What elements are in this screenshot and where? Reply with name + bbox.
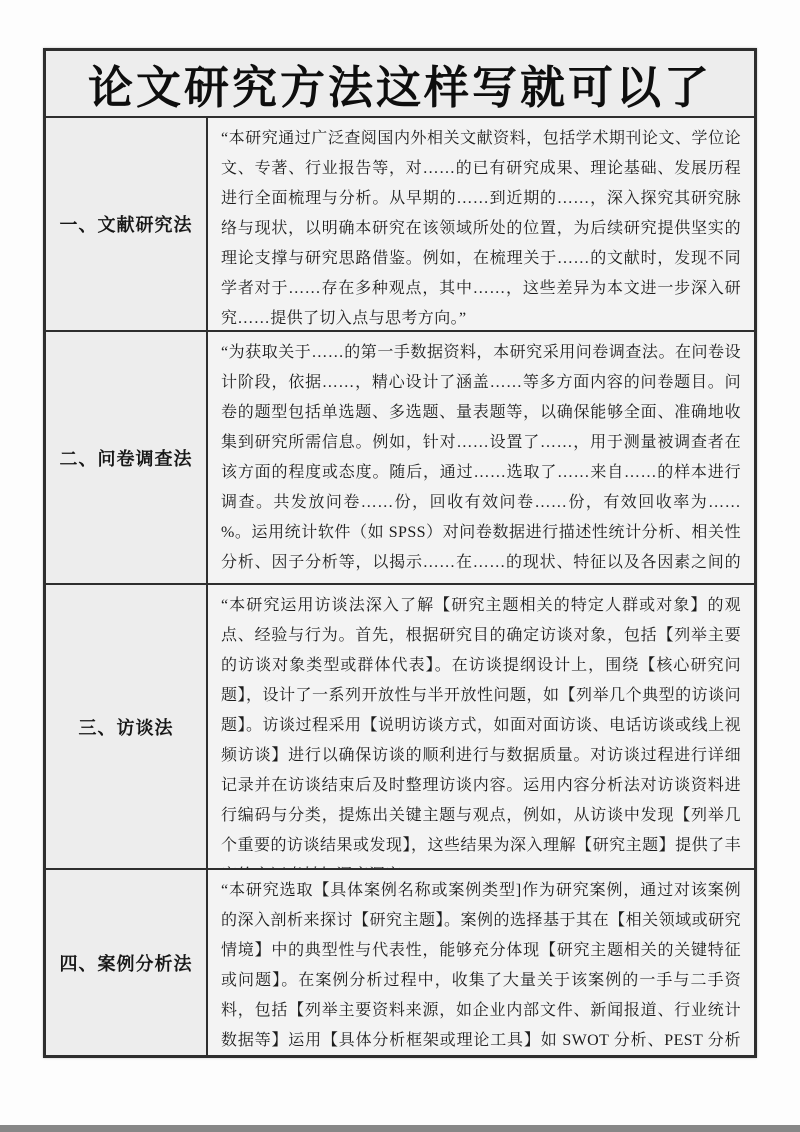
method-description-interview: “本研究运用访谈法深入了解【研究主题相关的特定人群或对象】的观点、经验与行为。首…	[208, 585, 754, 868]
method-description-literature-research: “本研究通过广泛查阅国内外相关文献资料，包括学术期刊论文、学位论文、专著、行业报…	[208, 118, 754, 330]
method-name-interview: 三、访谈法	[46, 585, 208, 868]
method-name-literature-research: 一、文献研究法	[46, 118, 208, 330]
table-row-case-analysis: 四、案例分析法 “本研究选取【具体案例名称或案例类型]作为研究案例，通过对该案例…	[46, 870, 754, 1055]
research-methods-table: 论文研究方法这样写就可以了 一、文献研究法 “本研究通过广泛查阅国内外相关文献资…	[43, 48, 757, 1058]
method-description-case-analysis: “本研究选取【具体案例名称或案例类型]作为研究案例，通过对该案例的深入剖析来探讨…	[208, 870, 754, 1055]
method-name-case-analysis: 四、案例分析法	[46, 870, 208, 1055]
table-row-literature-research: 一、文献研究法 “本研究通过广泛查阅国内外相关文献资料，包括学术期刊论文、学位论…	[46, 118, 754, 332]
table-row-questionnaire-survey: 二、问卷调查法 “为获取关于……的第一手数据资料，本研究采用问卷调查法。在问卷设…	[46, 332, 754, 585]
method-description-questionnaire-survey: “为获取关于……的第一手数据资料，本研究采用问卷调查法。在问卷设计阶段，依据………	[208, 332, 754, 583]
table-row-interview: 三、访谈法 “本研究运用访谈法深入了解【研究主题相关的特定人群或对象】的观点、经…	[46, 585, 754, 870]
document-title: 论文研究方法这样写就可以了	[46, 51, 754, 118]
method-name-questionnaire-survey: 二、问卷调查法	[46, 332, 208, 583]
page-bottom-edge	[0, 1125, 800, 1132]
